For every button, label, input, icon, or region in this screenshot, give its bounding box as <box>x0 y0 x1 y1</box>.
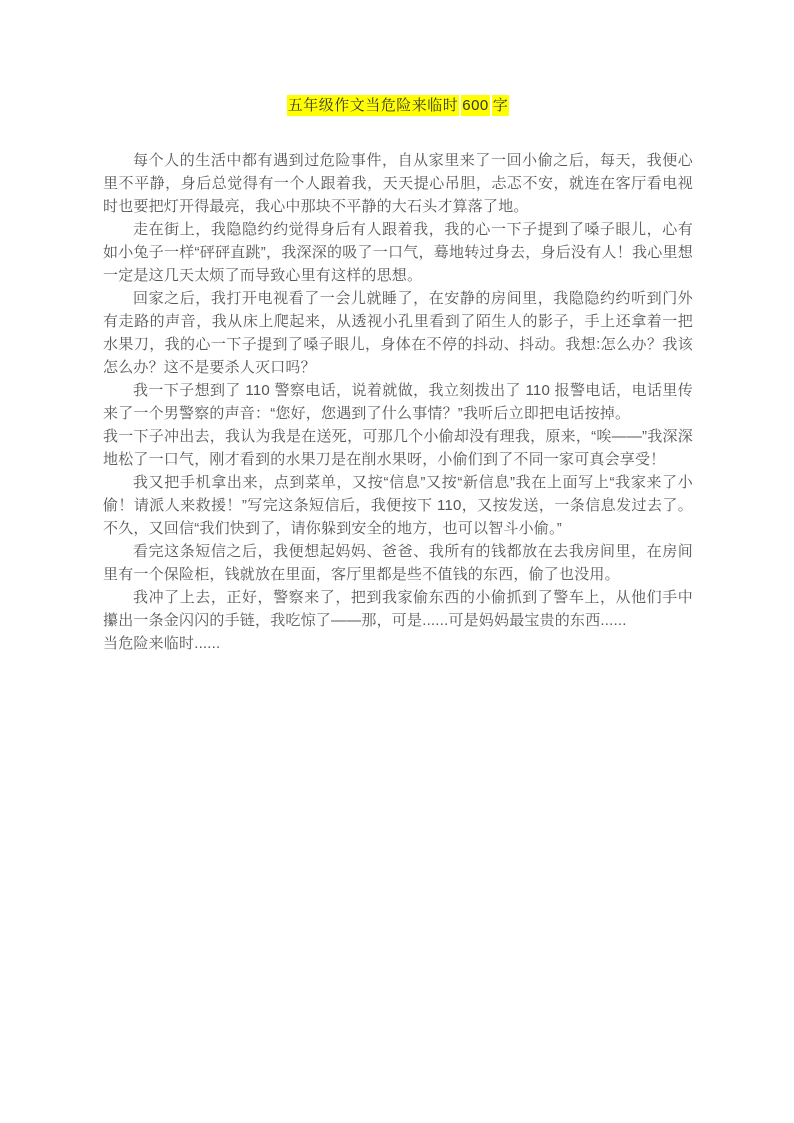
paragraph: 我又把手机拿出来，点到菜单，又按“信息”又按“新信息”我在上面写上“我家来了小偷… <box>103 471 693 540</box>
essay-body: 每个人的生活中都有遇到过危险事件，自从家里来了一回小偷之后，每天，我便心里不平静… <box>103 149 693 655</box>
paragraph: 走在街上，我隐隐约约觉得身后有人跟着我，我的心一下子提到了嗓子眼儿，心有如小兔子… <box>103 218 693 287</box>
paragraph: 我一下子想到了 110 警察电话，说着就做，我立刻拨出了 110 报警电话，电话… <box>103 379 693 425</box>
paragraph: 每个人的生活中都有遇到过危险事件，自从家里来了一回小偷之后，每天，我便心里不平静… <box>103 149 693 218</box>
paragraph: 回家之后，我打开电视看了一会儿就睡了，在安静的房间里，我隐隐约约听到门外有走路的… <box>103 287 693 379</box>
document-content: 五年级作文当危险来临时600字 每个人的生活中都有遇到过危险事件，自从家里来了一… <box>103 96 693 655</box>
document-page: 五年级作文当危险来临时600字 每个人的生活中都有遇到过危险事件，自从家里来了一… <box>0 0 794 1123</box>
title-highlight-segment: 600 <box>461 95 490 116</box>
paragraph: 我一下子冲出去，我认为我是在送死，可那几个小偷却没有理我，原来，“唉——”我深深… <box>103 425 693 471</box>
title-highlight-segment: 字 <box>492 95 510 116</box>
essay-title: 五年级作文当危险来临时600字 <box>103 96 693 116</box>
title-highlight-segment: 五年级作文当危险来临时 <box>287 95 460 116</box>
paragraph: 我冲了上去，正好，警察来了，把到我家偷东西的小偷抓到了警车上，从他们手中攥出一条… <box>103 586 693 632</box>
paragraph: 当危险来临时...... <box>103 632 693 655</box>
paragraph: 看完这条短信之后，我便想起妈妈、爸爸、我所有的钱都放在去我房间里，在房间里有一个… <box>103 540 693 586</box>
